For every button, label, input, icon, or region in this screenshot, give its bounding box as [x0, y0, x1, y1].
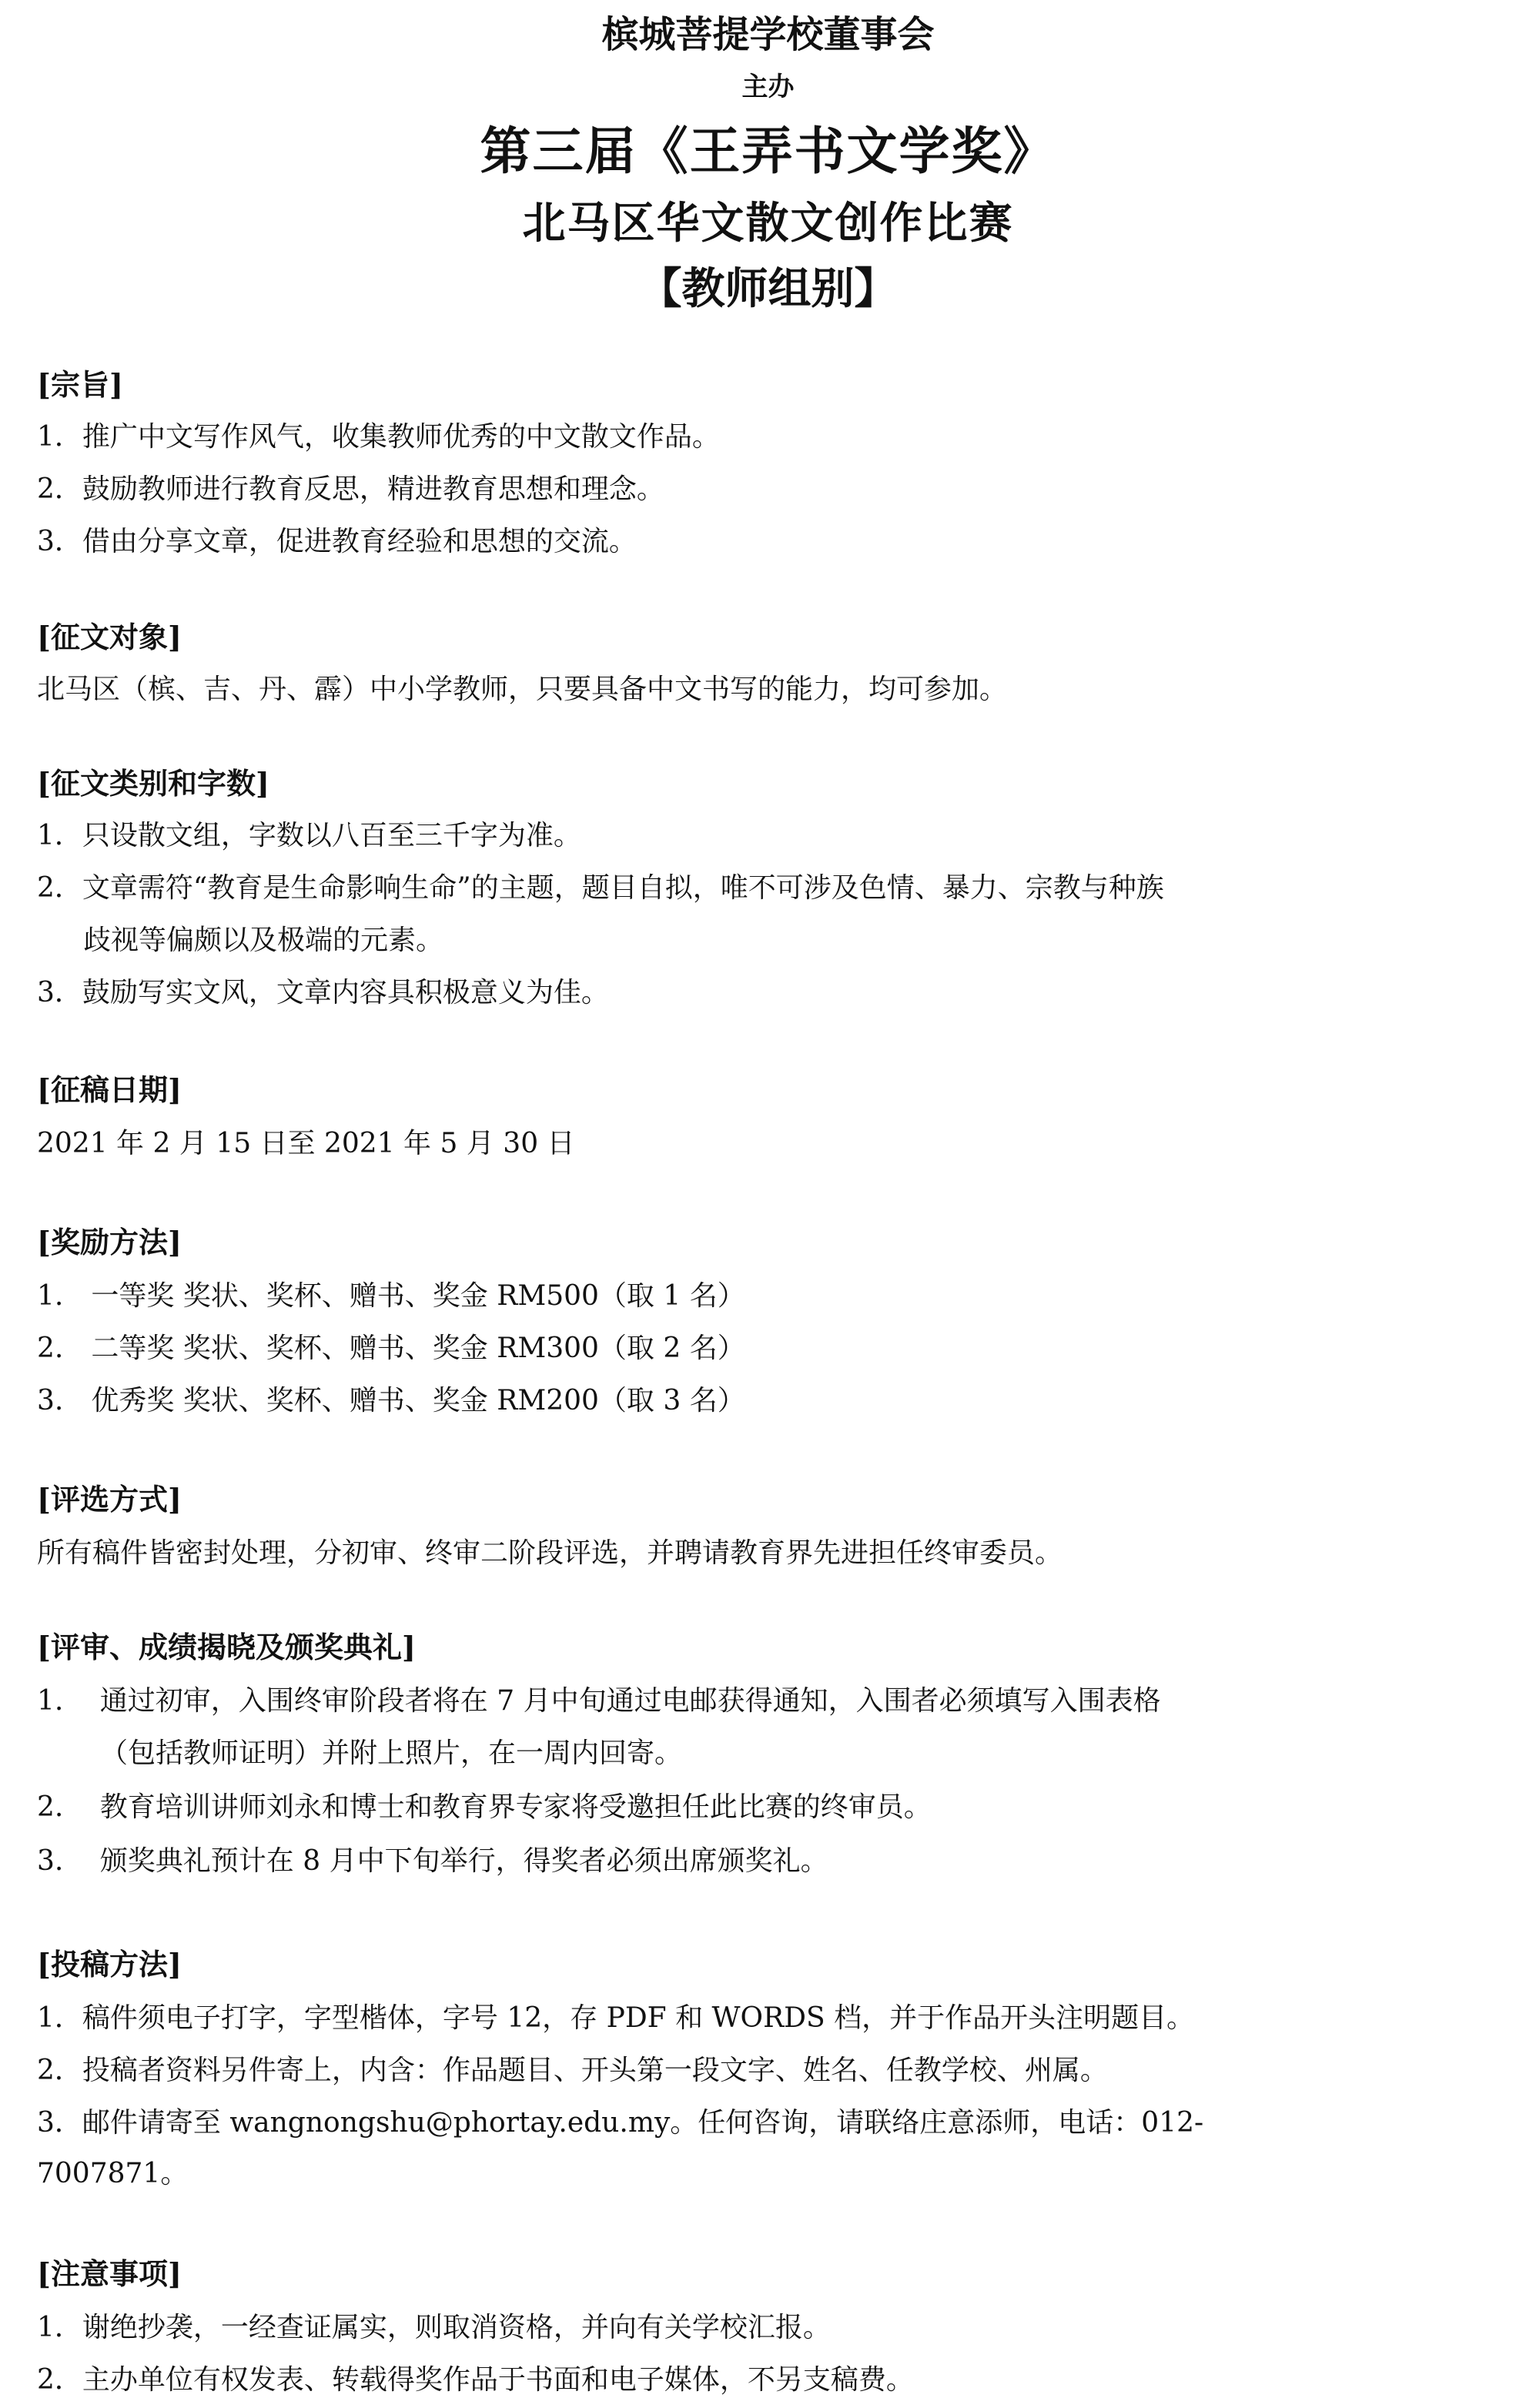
section-title-eligibility: [征文对象]	[37, 616, 182, 659]
document-page: 槟城菩提学校董事会 主办 第三届《王弄书文学奖》 北马区华文散文创作比赛 【教师…	[0, 0, 1536, 2408]
competition-title: 北马区华文散文创作比赛	[0, 191, 1536, 256]
submission-item-continued: 7007871。	[37, 2152, 188, 2196]
purpose-item: 1．推广中文写作风气，收集教师优秀的中文散文作品。	[37, 416, 720, 459]
section-title-judging-method: [评选方式]	[37, 1478, 182, 1521]
dates-text: 2021 年 2 月 15 日至 2021 年 5 月 30 日	[37, 1122, 575, 1166]
category-item: 1．只设散文组，字数以八百至三千字为准。	[37, 814, 581, 858]
results-item: 3. 颁奖典礼预计在 8 月中下旬举行，得奖者必须出席颁奖礼。	[37, 1840, 828, 1883]
submission-item-email: 3．邮件请寄至 wangnongshu@phortay.edu.my。任何咨询，…	[37, 2102, 1203, 2145]
award-title: 第三届《王弄书文学奖》	[0, 114, 1536, 188]
results-item: 2. 教育培训讲师刘永和博士和教育界专家将受邀担任此比赛的终审员。	[37, 1786, 932, 1829]
category-item: 3．鼓励写实文风，文章内容具积极意义为佳。	[37, 972, 609, 1015]
prize-item: 1. 一等奖 奖状、奖杯、赠书、奖金 RM500（取 1 名）	[37, 1275, 745, 1318]
results-item-continued: （包括教师证明）并附上照片，在一周内回寄。	[100, 1732, 682, 1775]
results-item: 1. 通过初审，入围终审阶段者将在 7 月中旬通过电邮获得通知，入围者必须填写入…	[37, 1680, 1161, 1723]
notes-item: 1．谢绝抄袭，一经查证属实，则取消资格，并向有关学校汇报。	[37, 2306, 831, 2349]
prize-item: 3. 优秀奖 奖状、奖杯、赠书、奖金 RM200（取 3 名）	[37, 1380, 745, 1423]
section-title-dates: [征稿日期]	[37, 1069, 182, 1112]
section-title-purpose: [宗旨]	[37, 363, 123, 406]
section-title-submission: [投稿方法]	[37, 1943, 182, 1986]
prize-item: 2. 二等奖 奖状、奖杯、赠书、奖金 RM300（取 2 名）	[37, 1327, 745, 1370]
category-item-continued: 歧视等偏颇以及极端的元素。	[83, 919, 443, 962]
purpose-item: 3．借由分享文章，促进教育经验和思想的交流。	[37, 520, 637, 564]
notes-item: 2．主办单位有权发表、转载得奖作品于书面和电子媒体，不另支稿费。	[37, 2359, 914, 2402]
host-label: 主办	[0, 68, 1536, 106]
submission-item: 2．投稿者资料另件寄上，内含：作品题目、开头第一段文字、姓名、任教学校、州属。	[37, 2049, 1108, 2092]
section-title-prizes: [奖励方法]	[37, 1221, 182, 1264]
section-title-category: [征文类别和字数]	[37, 762, 269, 805]
section-title-results: [评审、成绩揭晓及颁奖典礼]	[37, 1626, 416, 1669]
purpose-item: 2．鼓励教师进行教育反思，精进教育思想和理念。	[37, 468, 664, 511]
eligibility-text: 北马区（槟、吉、丹、霹）中小学教师，只要具备中文书写的能力，均可参加。	[37, 668, 1007, 711]
submission-item: 1．稿件须电子打字，字型楷体，字号 12，存 PDF 和 WORDS 档，并于作…	[37, 1997, 1194, 2040]
judging-method-text: 所有稿件皆密封处理，分初审、终审二阶段评选，并聘请教育界先进担任终审委员。	[37, 1532, 1062, 1575]
group-label: 【教师组别】	[0, 256, 1536, 321]
organizer-name: 槟城菩提学校董事会	[0, 8, 1536, 62]
category-item: 2．文章需符“教育是生命影响生命”的主题，题目自拟，唯不可涉及色情、暴力、宗教与…	[37, 867, 1164, 910]
section-title-notes: [注意事项]	[37, 2252, 182, 2296]
